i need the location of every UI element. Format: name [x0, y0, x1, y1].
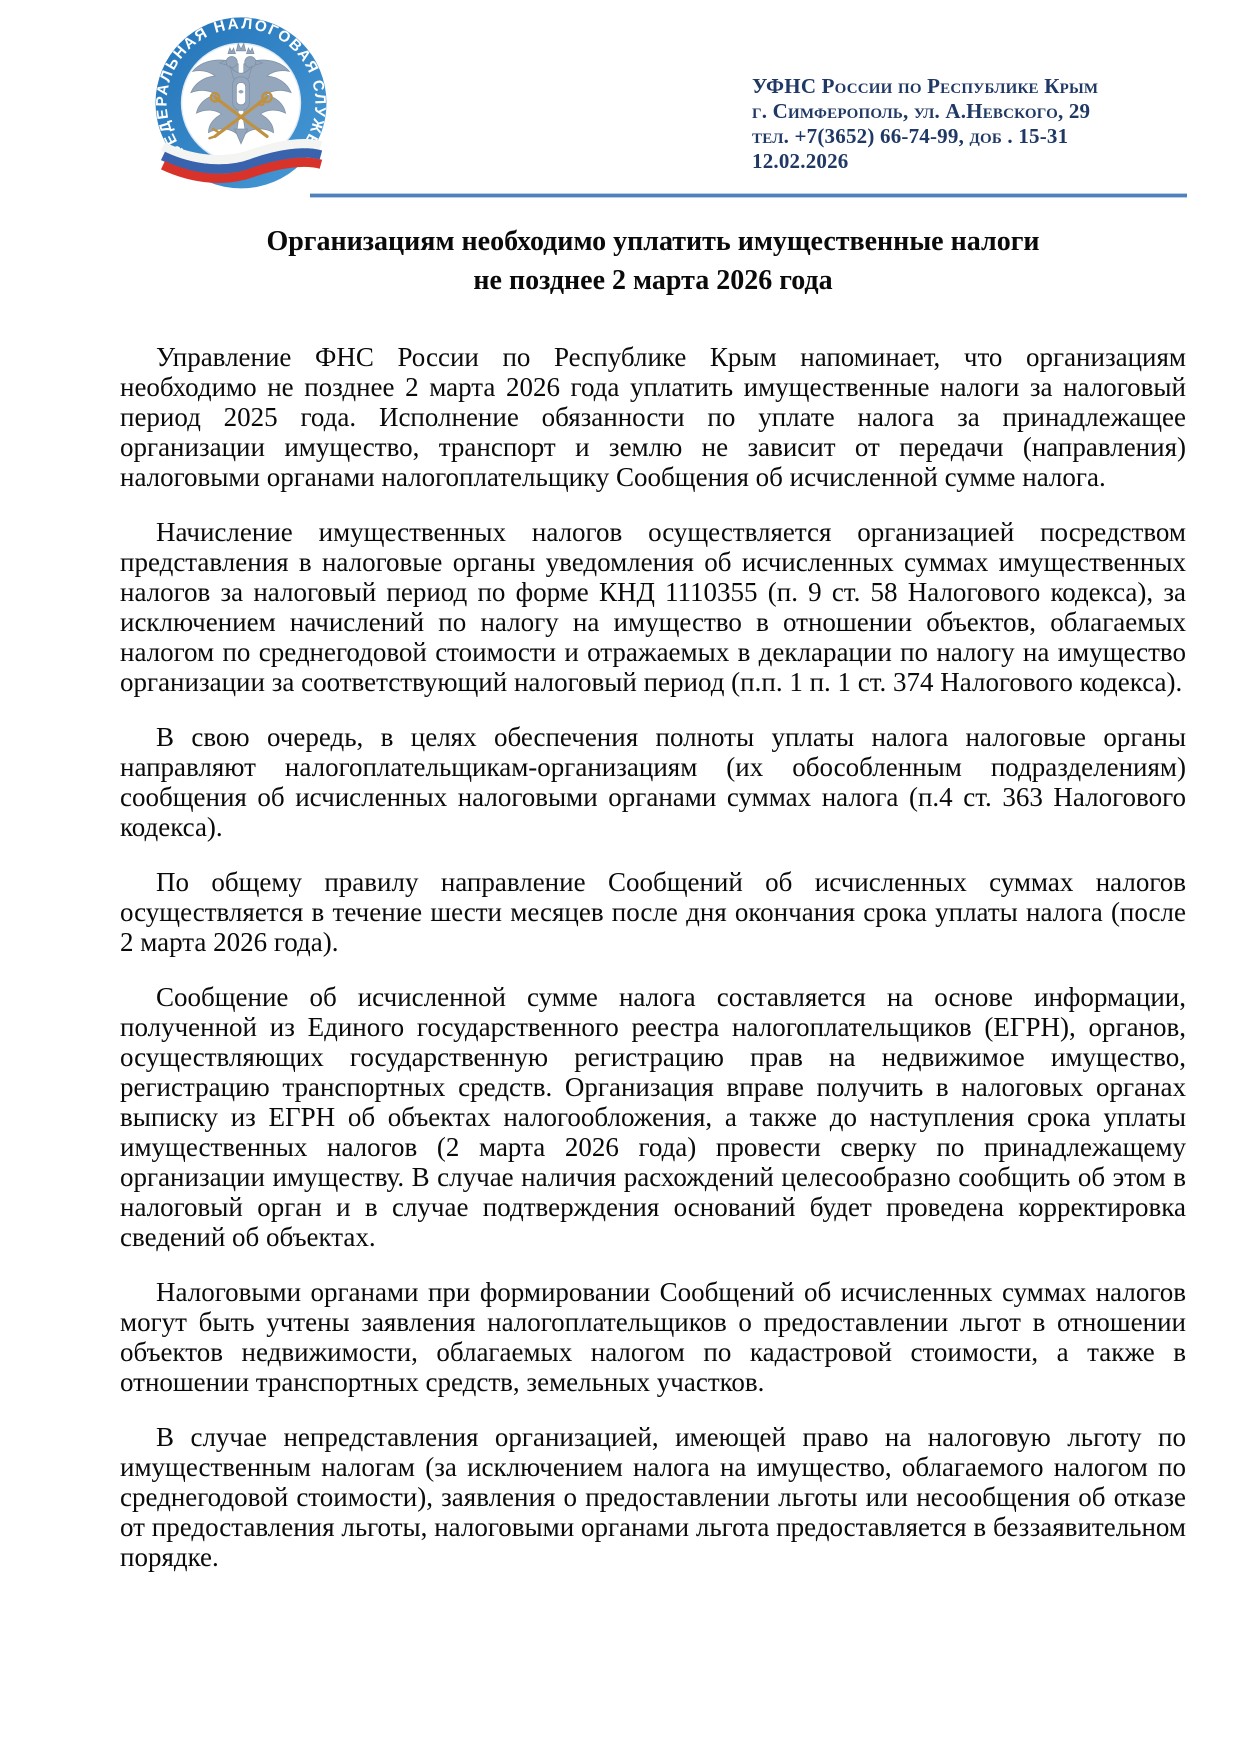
document-page: ФЕДЕРАЛЬНАЯ НАЛОГОВАЯ СЛУЖБА [0, 0, 1241, 1755]
paragraph: По общему правилу направление Сообщений … [120, 867, 1186, 957]
title-line-2: не позднее 2 марта 2026 года [120, 261, 1186, 300]
paragraph: В случае непредставления организацией, и… [120, 1422, 1186, 1572]
letter-date: 12.02.2026 [752, 149, 1172, 174]
header-contact-block: УФНС России по Республике Крым г. Симфер… [752, 74, 1172, 174]
eagle-shield [236, 82, 245, 104]
paragraph: Начисление имущественных налогов осущест… [120, 517, 1186, 697]
paragraph: Сообщение об исчисленной сумме налога со… [120, 982, 1186, 1252]
letter-body: Организациям необходимо уплатить имущест… [120, 222, 1186, 1597]
org-address: г. Симферополь, ул. А.Невского, 29 [752, 99, 1172, 124]
fns-logo: ФЕДЕРАЛЬНАЯ НАЛОГОВАЯ СЛУЖБА [148, 10, 334, 207]
org-name: УФНС России по Республике Крым [752, 74, 1172, 99]
paragraph: Налоговыми органами при формировании Соо… [120, 1277, 1186, 1397]
header-divider [310, 193, 1187, 198]
paragraph: Управление ФНС России по Республике Крым… [120, 342, 1186, 492]
org-phone: тел. +7(3652) 66-74-99, доб . 15-31 [752, 124, 1172, 149]
title-line-1: Организациям необходимо уплатить имущест… [120, 222, 1186, 261]
letter-title: Организациям необходимо уплатить имущест… [120, 222, 1186, 300]
paragraph: В свою очередь, в целях обеспечения полн… [120, 722, 1186, 842]
